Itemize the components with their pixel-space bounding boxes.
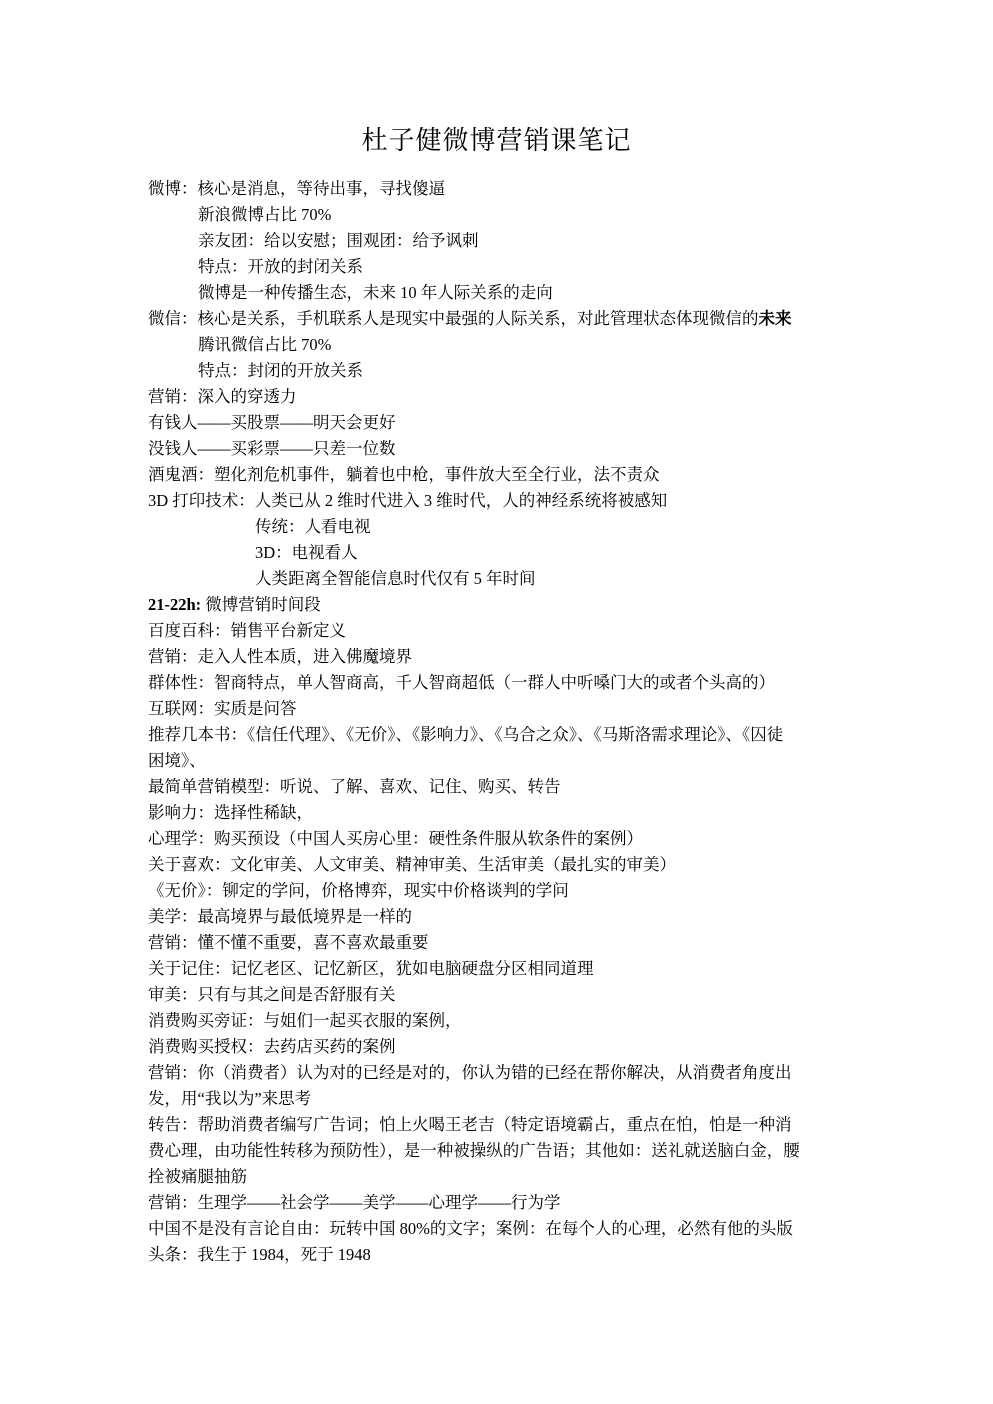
- text-line: 3D 打印技术：人类已从 2 维时代进入 3 维时代，人的神经系统将被感知: [148, 488, 993, 514]
- text-segment: 腾讯微信占比 70%: [198, 335, 331, 354]
- text-line: 发，用“我以为”来思考: [148, 1086, 993, 1112]
- text-segment: 困境》、: [148, 751, 206, 770]
- text-line: 有钱人——买股票——明天会更好: [148, 410, 993, 436]
- text-segment: 3D：电视看人: [255, 543, 358, 562]
- document-page: 杜子健微博营销课笔记 微博：核心是消息，等待出事，寻找傻逼新浪微博占比 70%亲…: [0, 0, 993, 1404]
- text-line: 推荐几本书：《信任代理》、《无价》、《影响力》、《乌合之众》、《马斯洛需求理论》…: [148, 722, 993, 748]
- text-line: 百度百科：销售平台新定义: [148, 618, 993, 644]
- text-segment: 关于记住：记忆老区、记忆新区，犹如电脑硬盘分区相同道理: [148, 959, 594, 978]
- text-line: 困境》、: [148, 748, 993, 774]
- text-line: 新浪微博占比 70%: [148, 202, 993, 228]
- text-line: 消费购买旁证：与姐们一起买衣服的案例，: [148, 1008, 993, 1034]
- bold-text-segment: 未来: [759, 309, 792, 328]
- text-line: 《无价》：铆定的学问，价格博弈，现实中价格谈判的学问: [148, 878, 993, 904]
- text-segment: 关于喜欢：文化审美、人文审美、精神审美、生活审美（最扎实的审美）: [148, 855, 676, 874]
- text-segment: 群体性：智商特点，单人智商高，千人智商超低（一群人中听嗓门大的或者个头高的）: [148, 673, 775, 692]
- text-line: 审美：只有与其之间是否舒服有关: [148, 982, 993, 1008]
- text-segment: 费心理，由功能性转移为预防性），是一种被操纵的广告语；其他如：送礼就送脑白金，腰: [148, 1141, 800, 1160]
- document-title: 杜子健微博营销课笔记: [0, 122, 993, 160]
- text-line: 关于记住：记忆老区、记忆新区，犹如电脑硬盘分区相同道理: [148, 956, 993, 982]
- text-line: 营销：深入的穿透力: [148, 384, 993, 410]
- text-segment: 转告：帮助消费者编写广告词；怕上火喝王老吉（特定语境霸占，重点在怕，怕是一种消: [148, 1115, 792, 1134]
- text-segment: 3D 打印技术：人类已从 2 维时代进入 3 维时代，人的神经系统将被感知: [148, 491, 667, 510]
- text-segment: 营销：懂不懂不重要，喜不喜欢最重要: [148, 933, 429, 952]
- text-segment: 消费购买旁证：与姐们一起买衣服的案例，: [148, 1011, 462, 1030]
- text-line: 微信：核心是关系，手机联系人是现实中最强的人际关系，对此管理状态体现微信的未来: [148, 306, 993, 332]
- text-segment: 人类距离全智能信息时代仅有 5 年时间: [255, 569, 536, 588]
- text-line: 21-22h: 微博营销时间段: [148, 592, 993, 618]
- text-segment: 营销：生理学——社会学——美学——心理学——行为学: [148, 1193, 561, 1212]
- text-segment: 微博：核心是消息，等待出事，寻找傻逼: [148, 179, 445, 198]
- text-segment: 心理学：购买预设（中国人买房心里：硬性条件服从软条件的案例）: [148, 829, 643, 848]
- text-line: 中国不是没有言论自由：玩转中国 80%的文字；案例：在每个人的心理，必然有他的头…: [148, 1216, 993, 1242]
- text-line: 头条：我生于 1984，死于 1948: [148, 1242, 993, 1268]
- text-line: 营销：生理学——社会学——美学——心理学——行为学: [148, 1190, 993, 1216]
- text-segment: 新浪微博占比 70%: [198, 205, 331, 224]
- text-segment: 推荐几本书：《信任代理》、《无价》、《影响力》、《乌合之众》、《马斯洛需求理论》…: [148, 725, 783, 744]
- text-segment: 最简单营销模型：听说、了解、喜欢、记住、购买、转告: [148, 777, 561, 796]
- text-line: 群体性：智商特点，单人智商高，千人智商超低（一群人中听嗓门大的或者个头高的）: [148, 670, 993, 696]
- text-segment: 发，用“我以为”来思考: [148, 1089, 311, 1108]
- text-segment: 有钱人——买股票——明天会更好: [148, 413, 396, 432]
- text-line: 特点：封闭的开放关系: [148, 358, 993, 384]
- text-segment: 特点：开放的封闭关系: [198, 257, 363, 276]
- text-segment: 营销：你（消费者）认为对的已经是对的，你认为错的已经在帮你解决，从消费者角度出: [148, 1063, 792, 1082]
- text-segment: 微信：核心是关系，手机联系人是现实中最强的人际关系，对此管理状态体现微信的: [148, 309, 759, 328]
- document-body: 微博：核心是消息，等待出事，寻找傻逼新浪微博占比 70%亲友团：给以安慰；围观团…: [148, 176, 993, 1268]
- text-line: 营销：懂不懂不重要，喜不喜欢最重要: [148, 930, 993, 956]
- text-line: 人类距离全智能信息时代仅有 5 年时间: [148, 566, 993, 592]
- text-segment: 消费购买授权：去药店买药的案例: [148, 1037, 396, 1056]
- text-segment: 拴被痛腿抽筋: [148, 1167, 247, 1186]
- text-line: 心理学：购买预设（中国人买房心里：硬性条件服从软条件的案例）: [148, 826, 993, 852]
- text-segment: 营销：深入的穿透力: [148, 387, 297, 406]
- text-segment: 百度百科：销售平台新定义: [148, 621, 346, 640]
- text-line: 没钱人——买彩票——只差一位数: [148, 436, 993, 462]
- text-segment: 影响力：选择性稀缺，: [148, 803, 313, 822]
- text-segment: 酒鬼酒：塑化剂危机事件，躺着也中枪，事件放大至全行业，法不责众: [148, 465, 660, 484]
- text-line: 消费购买授权：去药店买药的案例: [148, 1034, 993, 1060]
- text-segment: 营销：走入人性本质，进入佛魔境界: [148, 647, 412, 666]
- text-segment: 亲友团：给以安慰；围观团：给予讽刺: [198, 231, 479, 250]
- text-line: 费心理，由功能性转移为预防性），是一种被操纵的广告语；其他如：送礼就送脑白金，腰: [148, 1138, 993, 1164]
- text-segment: 互联网：实质是问答: [148, 699, 297, 718]
- text-segment: 《无价》：铆定的学问，价格博弈，现实中价格谈判的学问: [148, 881, 569, 900]
- text-segment: 微博是一种传播生态，未来 10 年人际关系的走向: [198, 283, 553, 302]
- text-line: 互联网：实质是问答: [148, 696, 993, 722]
- text-line: 酒鬼酒：塑化剂危机事件，躺着也中枪，事件放大至全行业，法不责众: [148, 462, 993, 488]
- text-segment: 没钱人——买彩票——只差一位数: [148, 439, 396, 458]
- text-line: 关于喜欢：文化审美、人文审美、精神审美、生活审美（最扎实的审美）: [148, 852, 993, 878]
- bold-text-segment: 21-22h:: [148, 595, 201, 614]
- text-line: 转告：帮助消费者编写广告词；怕上火喝王老吉（特定语境霸占，重点在怕，怕是一种消: [148, 1112, 993, 1138]
- text-segment: 审美：只有与其之间是否舒服有关: [148, 985, 396, 1004]
- text-line: 营销：走入人性本质，进入佛魔境界: [148, 644, 993, 670]
- text-line: 3D：电视看人: [148, 540, 993, 566]
- text-segment: 头条：我生于 1984，死于 1948: [148, 1245, 371, 1264]
- text-line: 最简单营销模型：听说、了解、喜欢、记住、购买、转告: [148, 774, 993, 800]
- text-line: 营销：你（消费者）认为对的已经是对的，你认为错的已经在帮你解决，从消费者角度出: [148, 1060, 993, 1086]
- text-segment: 美学：最高境界与最低境界是一样的: [148, 907, 412, 926]
- text-line: 微博：核心是消息，等待出事，寻找傻逼: [148, 176, 993, 202]
- text-line: 亲友团：给以安慰；围观团：给予讽刺: [148, 228, 993, 254]
- text-line: 腾讯微信占比 70%: [148, 332, 993, 358]
- text-line: 微博是一种传播生态，未来 10 年人际关系的走向: [148, 280, 993, 306]
- text-line: 影响力：选择性稀缺，: [148, 800, 993, 826]
- text-line: 传统：人看电视: [148, 514, 993, 540]
- text-segment: 特点：封闭的开放关系: [198, 361, 363, 380]
- text-segment: 微博营销时间段: [201, 595, 321, 614]
- text-line: 特点：开放的封闭关系: [148, 254, 993, 280]
- text-line: 美学：最高境界与最低境界是一样的: [148, 904, 993, 930]
- text-segment: 传统：人看电视: [255, 517, 371, 536]
- text-line: 拴被痛腿抽筋: [148, 1164, 993, 1190]
- text-segment: 中国不是没有言论自由：玩转中国 80%的文字；案例：在每个人的心理，必然有他的头…: [148, 1219, 793, 1238]
